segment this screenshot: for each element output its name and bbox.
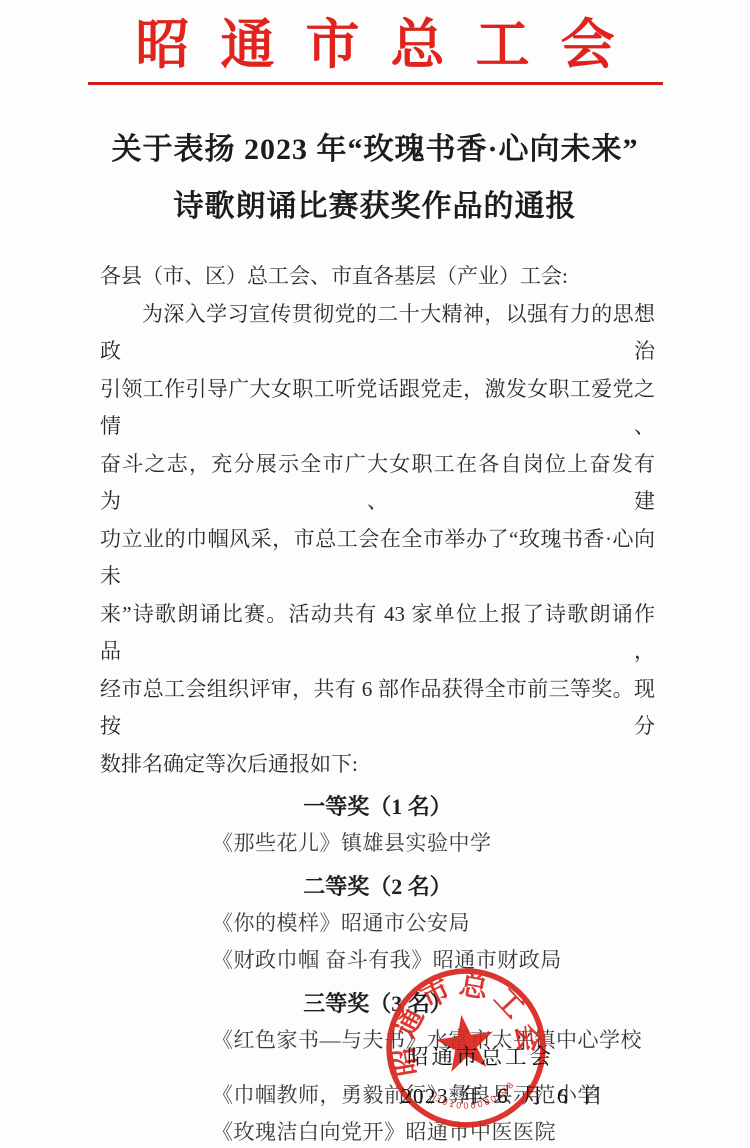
award-item: 《玫瑰洁白向党开》昭通市中医医院 bbox=[100, 1114, 655, 1148]
doc-title-line-2: 诗歌朗诵比赛获奖作品的通报 bbox=[0, 178, 750, 235]
paragraph-line: 奋斗之志，充分展示全市广大女职工在各自岗位上奋发有为、建 bbox=[100, 446, 655, 521]
paragraph-line: 来”诗歌朗诵比赛。活动共有 43 家单位上报了诗歌朗诵作品， bbox=[100, 596, 655, 671]
award-item: 《那些花儿》镇雄县实验中学 bbox=[100, 825, 655, 862]
paragraph-line: 引领工作引导广大女职工听党话跟党走，激发女职工爱党之情、 bbox=[100, 371, 655, 446]
org-header: 昭通市总工会 bbox=[0, 0, 750, 85]
org-header-title: 昭通市总工会 bbox=[0, 12, 750, 78]
paragraph-line: 数排名确定等次后通报如下: bbox=[100, 746, 655, 784]
paragraph-line: 功立业的巾帼风采，市总工会在全市举办了“玫瑰书香·心向未 bbox=[100, 521, 655, 596]
award-item: 《财政巾帼 奋斗有我》昭通市财政局 bbox=[100, 942, 655, 979]
document-page: 昭通市总工会 关于表扬 2023 年“玫瑰书香·心向未来” 诗歌朗诵比赛获奖作品… bbox=[0, 0, 750, 1148]
paragraph-line: 为深入学习宣传贯彻党的二十大精神，以强有力的思想政治 bbox=[100, 296, 655, 371]
doc-title: 关于表扬 2023 年“玫瑰书香·心向未来” 诗歌朗诵比赛获奖作品的通报 bbox=[0, 121, 750, 235]
salutation: 各县（市、区）总工会、市直各基层（产业）工会: bbox=[100, 258, 655, 296]
doc-body: 各县（市、区）总工会、市直各基层（产业）工会: 为深入学习宣传贯彻党的二十大精神… bbox=[100, 258, 655, 783]
header-rule bbox=[88, 82, 663, 85]
award-item: 《巾帼教师，勇毅前行》彝良县示范小学 bbox=[100, 1077, 655, 1114]
award-item: 《你的模样》昭通市公安局 bbox=[100, 905, 655, 942]
awards-section: 一等奖（1 名） 《那些花儿》镇雄县实验中学 二等奖（2 名） 《你的模样》昭通… bbox=[100, 788, 655, 1148]
doc-title-line-1: 关于表扬 2023 年“玫瑰书香·心向未来” bbox=[0, 121, 750, 178]
award-heading-first-prize: 一等奖（1 名） bbox=[100, 788, 655, 825]
paragraph-line: 经市总工会组织评审，共有 6 部作品获得全市前三等奖。现按分 bbox=[100, 671, 655, 746]
award-item: 《红色家书—与夫书》水富市太平镇中心学校 bbox=[100, 1022, 655, 1059]
award-heading-second-prize: 二等奖（2 名） bbox=[100, 868, 655, 905]
award-heading-third-prize: 三等奖（3 名） bbox=[100, 985, 655, 1022]
